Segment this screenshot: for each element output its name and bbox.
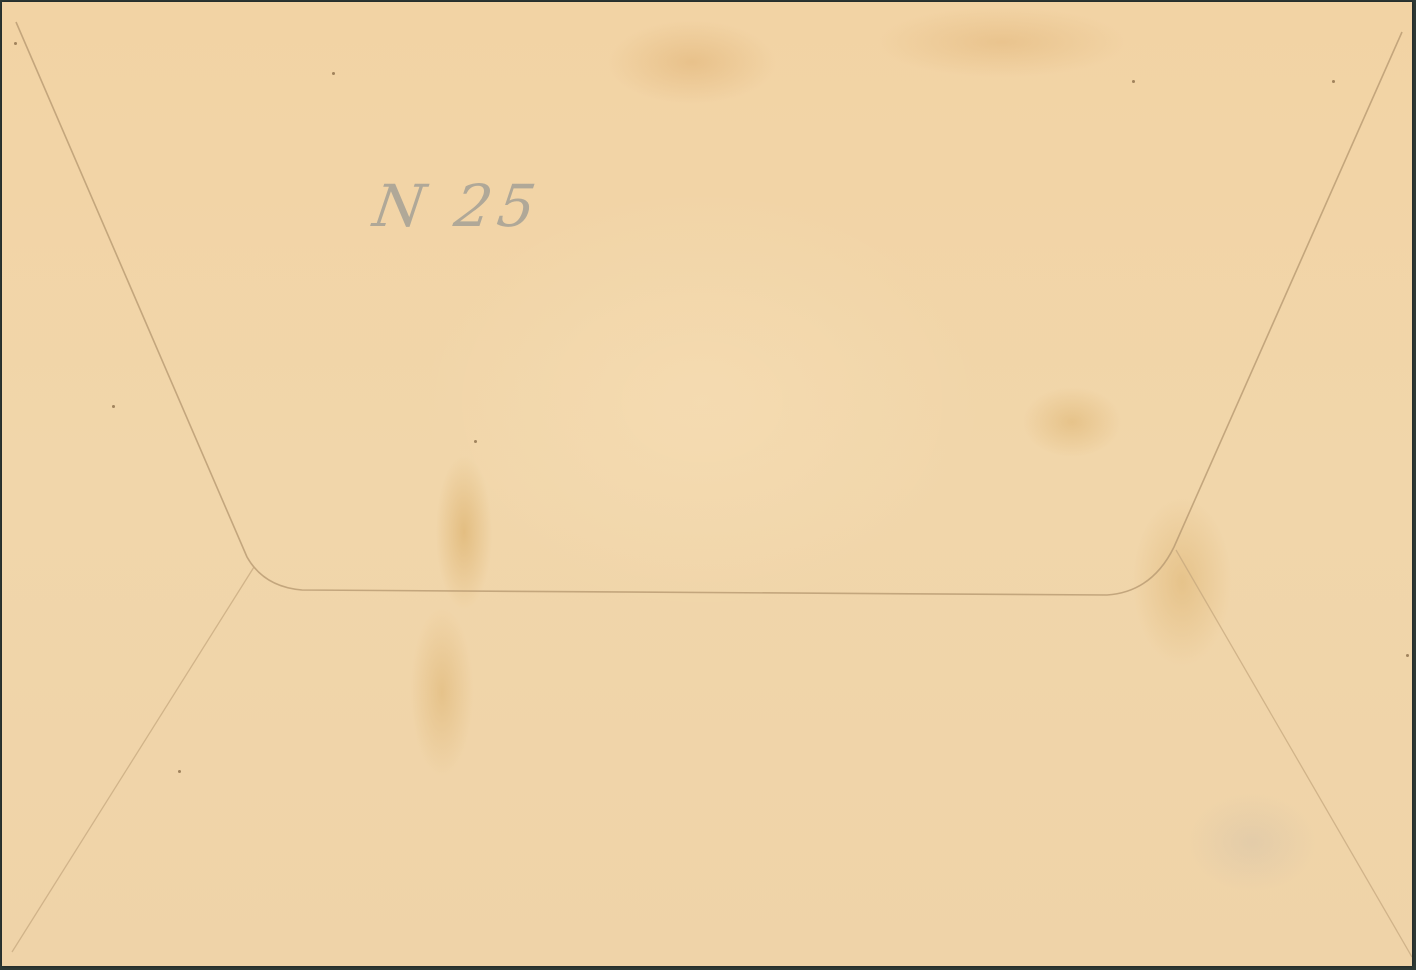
top-flap-edge [16,22,1402,595]
pencil-note: N 25 [369,172,546,240]
envelope-back: N 25 [2,2,1412,966]
speck [178,770,181,773]
speck [474,440,477,443]
photo-scene: N 25 [0,0,1416,970]
speck [14,42,17,45]
speck [1332,80,1335,83]
right-bottom-fold [1176,550,1412,957]
speck [1406,654,1409,657]
speck [112,405,115,408]
speck [1132,80,1135,83]
speck [332,72,335,75]
left-bottom-fold [12,567,254,952]
fold-lines [2,2,1412,966]
